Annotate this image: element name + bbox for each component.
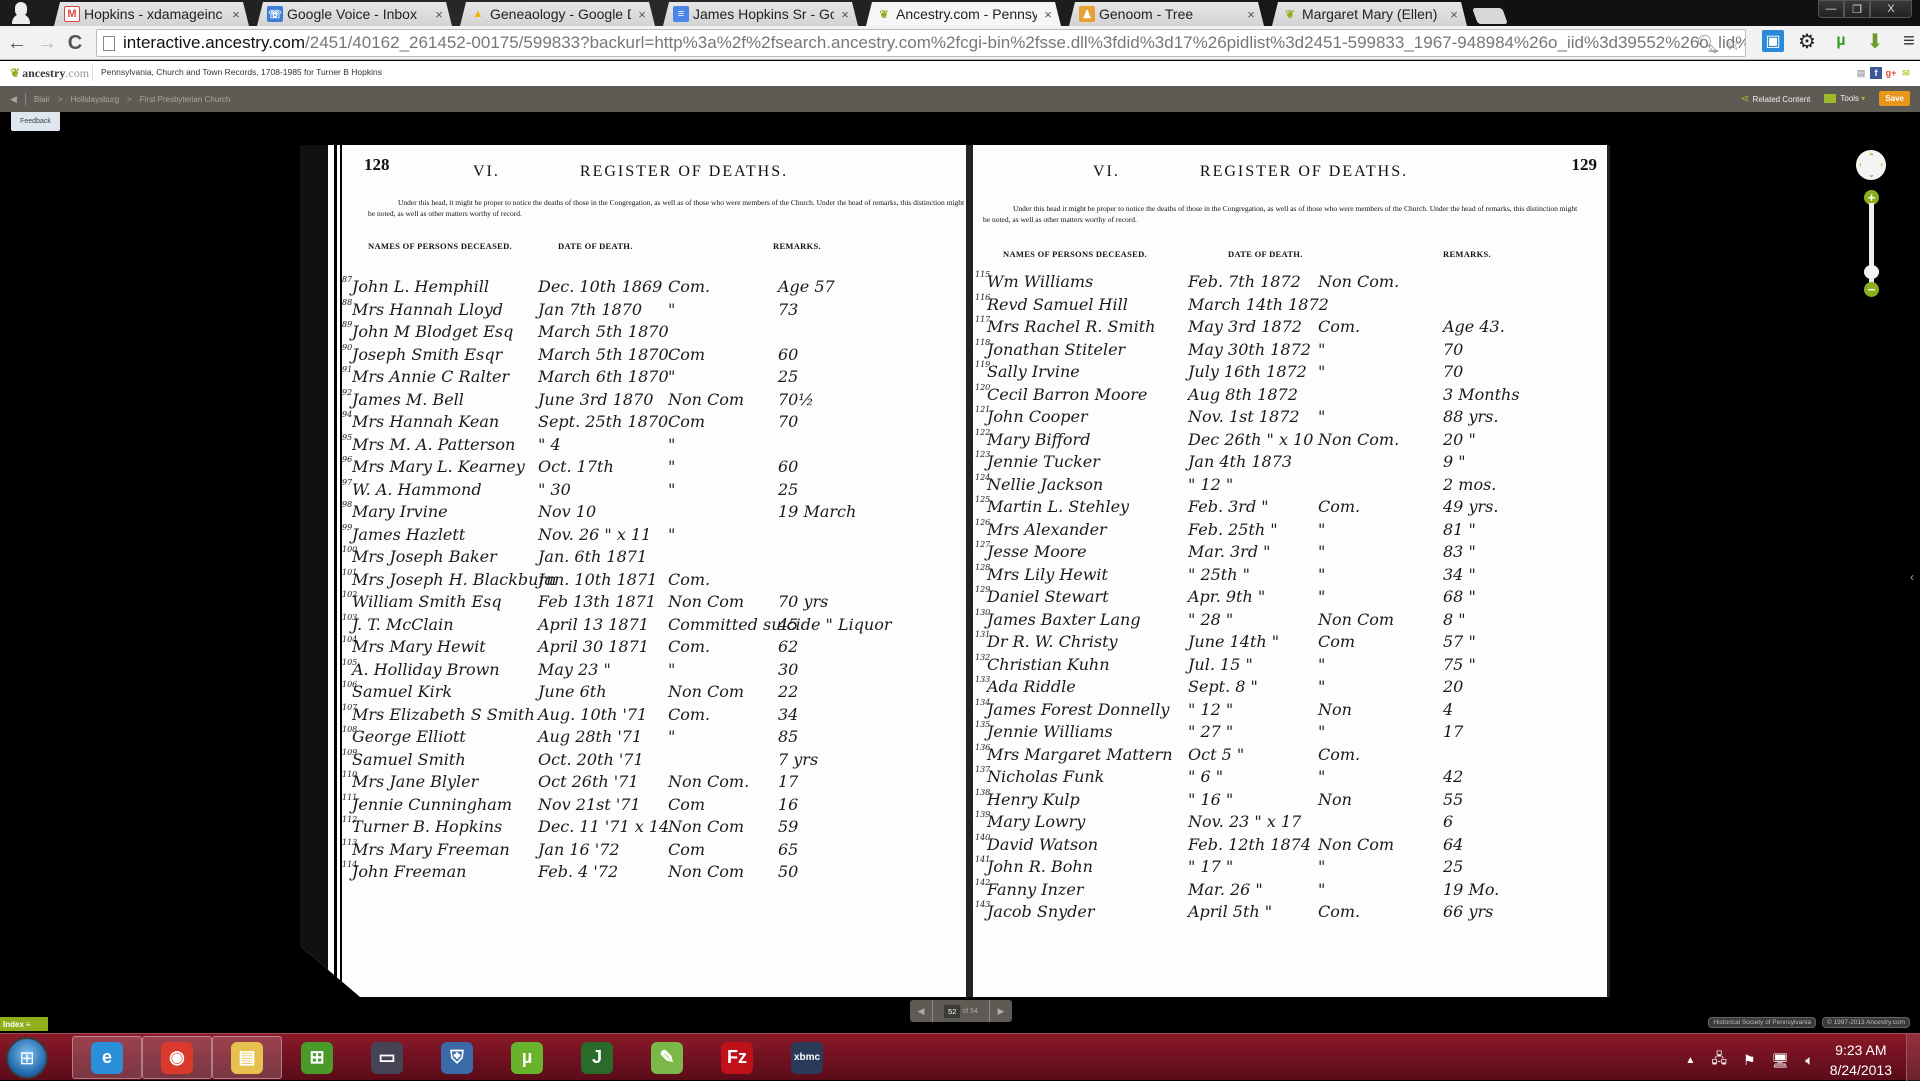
page-number: 128	[364, 155, 390, 175]
url-path: /2451/40162_261452-00175/599833?backurl=…	[305, 33, 1745, 53]
age: 30	[778, 660, 798, 679]
age: 70	[1443, 362, 1463, 381]
date-of-death: Nov 10	[538, 502, 596, 521]
date-of-death: Aug. 10th '71	[538, 705, 647, 724]
tab-title: Genoom - Tree	[1099, 6, 1240, 22]
restore-button[interactable]: ❐	[1844, 0, 1870, 18]
register-entry: 103J. T. McClainApril 13 1871Committed s…	[328, 613, 968, 636]
file-explorer-icon: ▤	[231, 1042, 263, 1074]
register-entry: 92James M. BellJune 3rd 1870Non Com70½	[328, 388, 968, 411]
close-tab-icon[interactable]: ×	[635, 7, 649, 22]
facebook-icon[interactable]: f	[1870, 67, 1882, 79]
deceased-name: Mrs Rachel R. Smith	[987, 317, 1155, 336]
copyright-credit[interactable]: © 1997-2013 Ancestry.com	[1822, 1017, 1910, 1028]
breadcrumb-hollidaysburg[interactable]: Hollidaysburg	[71, 95, 119, 104]
back-button[interactable]: ←	[6, 32, 28, 54]
remark: "	[1318, 767, 1325, 786]
age: 57 "	[1443, 632, 1476, 651]
entry-number: 95	[342, 433, 352, 442]
zoom-out-button[interactable]: −	[1864, 282, 1879, 297]
google-plus-icon[interactable]: g+	[1885, 67, 1897, 79]
deceased-name: Mrs Alexander	[987, 520, 1107, 539]
remark: "	[1318, 542, 1325, 561]
ancestry-logo[interactable]: ❦ ancestry .com	[10, 66, 89, 81]
email-icon[interactable]: ✉	[1900, 67, 1912, 79]
age: 25	[778, 480, 798, 499]
taskbar-xbmc[interactable]: xbmc	[772, 1036, 842, 1079]
entry-number: 89	[342, 320, 352, 329]
register-entry: 135Jennie Williams" 27 ""17	[973, 720, 1607, 743]
age: 19 Mo.	[1443, 880, 1499, 899]
age: 42	[1443, 767, 1463, 786]
taskbar-notepad-plus-plus[interactable]: ✎	[632, 1036, 702, 1079]
pan-right-icon[interactable]: ›	[1880, 160, 1883, 169]
date-of-death: May 3rd 1872	[1188, 317, 1302, 336]
clock-time: 9:23 AM	[1830, 1040, 1892, 1060]
deceased-name: John L. Hemphill	[352, 277, 489, 296]
clock-date: 8/24/2013	[1830, 1060, 1892, 1080]
index-button[interactable]: Index≡	[0, 1017, 48, 1031]
deceased-name: Henry Kulp	[987, 790, 1080, 809]
print-icon[interactable]: ▤	[1855, 67, 1867, 79]
windows-security-icon: ⛨	[441, 1042, 473, 1074]
entry-number: 97	[342, 478, 352, 487]
age: 59	[778, 817, 798, 836]
entry-number: 88	[342, 298, 352, 307]
tools-button[interactable]: Tools ▾	[1824, 94, 1865, 103]
register-entry: 113Mrs Mary FreemanJan 16 '72Com65	[328, 838, 968, 861]
taskbar-file-explorer[interactable]: ▤	[212, 1036, 282, 1079]
age: 70 yrs	[778, 592, 828, 611]
date-of-death: Feb. 7th 1872	[1188, 272, 1301, 291]
tab-title: Geneaology - Google Drive	[490, 6, 631, 22]
minimize-button[interactable]: —	[1818, 0, 1844, 18]
address-bar[interactable]: interactive.ancestry.com /2451/40162_261…	[96, 29, 1746, 57]
left-page: 128 VI.REGISTER OF DEATHS. Under this he…	[300, 145, 968, 997]
next-image-button[interactable]: ▶	[990, 1000, 1012, 1022]
image-tools-icon	[1824, 94, 1836, 103]
tab-title: Google Voice - Inbox	[287, 6, 428, 22]
related-content-button[interactable]: ⋖Related Content	[1740, 92, 1810, 105]
pan-left-icon[interactable]: ‹	[1859, 160, 1862, 169]
deceased-name: Mrs Joseph H. Blackburn	[352, 570, 556, 589]
current-image-input[interactable]: 52	[944, 1005, 960, 1018]
deceased-name: Joseph Smith Esqr	[352, 345, 502, 364]
date-of-death: April 13 1871	[538, 615, 649, 634]
close-tab-icon[interactable]: ×	[1041, 7, 1055, 22]
register-entry: 108George ElliottAug 28th '71"85	[328, 725, 968, 748]
column-header-remarks: REMARKS.	[773, 241, 821, 251]
tab-google-docs[interactable]: ≡ James Hopkins Sr - Google Docs ×	[663, 2, 858, 26]
date-of-death: Nov. 1st 1872	[1188, 407, 1300, 426]
remark: "	[668, 435, 675, 454]
utorrent-extension-icon[interactable]: µ	[1830, 30, 1852, 52]
deceased-name: Jennie Tucker	[987, 452, 1100, 471]
tab-title: James Hopkins Sr - Google Docs	[693, 6, 834, 22]
date-of-death: June 14th "	[1188, 632, 1279, 651]
browser-toolbar: ← → C interactive.ancestry.com /2451/401…	[0, 26, 1920, 60]
system-tray: ▲ 🖧︎ ⚑ 🖥︎ 🔈︎ 9:23 AM 8/24/2013	[1685, 1040, 1892, 1080]
image-extension-icon[interactable]: ▣	[1762, 30, 1784, 52]
ancestry-header: ❦ ancestry .com Pennsylvania, Church and…	[0, 61, 1920, 86]
date-of-death: Apr. 9th "	[1188, 587, 1265, 606]
remark: Non Com.	[1318, 272, 1399, 291]
deceased-name: John Cooper	[987, 407, 1088, 426]
bookmark-star-icon[interactable]: ☆	[1725, 34, 1741, 55]
deceased-name: John R. Bohn	[987, 857, 1093, 876]
date-of-death: " 12 "	[1188, 700, 1233, 719]
breadcrumb-bar: ◀ Blair > Hollidaysburg > First Presbyte…	[0, 86, 1920, 112]
remark: Non Com	[668, 817, 744, 836]
register-entry: 142Fanny InzerMar. 26 ""19 Mo.	[973, 878, 1607, 901]
menu-icon: ≡	[26, 1020, 31, 1029]
settings-gear-icon[interactable]: ⚙	[1796, 30, 1818, 52]
register-entry: 98Mary IrvineNov 1019 March	[328, 500, 968, 523]
pan-down-icon[interactable]: ⌄	[1868, 170, 1875, 179]
deceased-name: Mary Irvine	[352, 502, 448, 521]
date-of-death: Feb. 12th 1874	[1188, 835, 1311, 854]
date-of-death: June 3rd 1870	[538, 390, 653, 409]
deceased-name: James Hazlett	[352, 525, 465, 544]
register-entry: 120Cecil Barron MooreAug 8th 18723 Month…	[973, 383, 1607, 406]
pan-control[interactable]: ⌃ ‹ › ⌄	[1856, 150, 1886, 180]
deceased-name: Mrs Jane Blyler	[352, 772, 478, 791]
deceased-name: John Freeman	[352, 862, 466, 881]
register-entry: 111Jennie CunninghamNov 21st '71Com16	[328, 793, 968, 816]
remark: "	[1318, 407, 1325, 426]
register-entry: 122Mary BiffordDec 26th " x 10Non Com.20…	[973, 428, 1607, 451]
remark: Com.	[668, 637, 710, 656]
entry-number: 99	[342, 523, 352, 532]
date-of-death: April 5th "	[1188, 902, 1272, 921]
date-of-death: March 5th 1870	[538, 345, 669, 364]
register-entry: 114John FreemanFeb. 4 '72Non Com50	[328, 860, 968, 883]
tab-genoom[interactable]: ♟ Genoom - Tree ×	[1069, 2, 1264, 26]
page-title: VI.REGISTER OF DEATHS.	[473, 163, 788, 181]
date-of-death: " 6 "	[1188, 767, 1223, 786]
remark: Com	[668, 345, 705, 364]
breadcrumb-first-presbyterian[interactable]: First Presbyterian Church	[140, 95, 231, 104]
chrome-icon: ◉	[161, 1042, 193, 1074]
register-entry: 125Martin L. StehleyFeb. 3rd "Com.49 yrs…	[973, 495, 1607, 518]
windows-media-center-icon: ⊞	[301, 1042, 333, 1074]
right-entries: 115Wm WilliamsFeb. 7th 1872Non Com.116Re…	[973, 270, 1607, 923]
clock[interactable]: 9:23 AM 8/24/2013	[1830, 1040, 1892, 1080]
viewer-actions: ⋖Related Content Tools ▾ Save	[1740, 91, 1910, 106]
deceased-name: Martin L. Stehley	[987, 497, 1129, 516]
age: 88 yrs.	[1443, 407, 1498, 426]
register-entry: 128Mrs Lily Hewit" 25th ""34 "	[973, 563, 1607, 586]
register-entry: 132Christian KuhnJul. 15 ""75 "	[973, 653, 1607, 676]
remark: Com	[668, 412, 705, 431]
register-entry: 109Samuel SmithOct. 20th '717 yrs	[328, 748, 968, 771]
register-entry: 138Henry Kulp" 16 "Non55	[973, 788, 1607, 811]
deceased-name: Jonathan Stiteler	[987, 340, 1125, 359]
register-image[interactable]: 128 VI.REGISTER OF DEATHS. Under this he…	[300, 145, 1610, 997]
age: 20 "	[1443, 430, 1476, 449]
register-entry: 110Mrs Jane BlylerOct 26th '71Non Com.17	[328, 770, 968, 793]
close-window-button[interactable]: X	[1870, 0, 1912, 18]
jdownloader-icon: J	[581, 1042, 613, 1074]
remark: "	[668, 480, 675, 499]
remark: "	[668, 300, 675, 319]
deceased-name: Dr R. W. Christy	[987, 632, 1118, 651]
deceased-name: Jesse Moore	[987, 542, 1087, 561]
deceased-name: Cecil Barron Moore	[987, 385, 1147, 404]
tab-ancestry[interactable]: ❦ Ancestry.com - Pennsylvania ×	[866, 2, 1061, 26]
internet-explorer-icon: e	[91, 1042, 123, 1074]
side-panel-toggle-icon[interactable]: ‹	[1910, 570, 1914, 584]
age: 17	[1443, 722, 1463, 741]
remark: "	[1318, 655, 1325, 674]
register-entry: 119Sally IrvineJuly 16th 1872"70	[973, 360, 1607, 383]
page-icon	[103, 36, 115, 51]
age: 7 yrs	[778, 750, 818, 769]
remark: "	[668, 367, 675, 386]
zoom-slider-handle[interactable]	[1864, 265, 1879, 279]
age: 49 yrs.	[1443, 497, 1498, 516]
age: 81 "	[1443, 520, 1476, 539]
close-tab-icon[interactable]: ×	[1447, 7, 1461, 22]
url-host: interactive.ancestry.com	[123, 33, 305, 53]
entry-number: 94	[342, 410, 352, 419]
deceased-name: Jennie Cunningham	[352, 795, 512, 814]
register-entry: 136Mrs Margaret MatternOct 5 "Com.	[973, 743, 1607, 766]
breadcrumb-blair[interactable]: Blair	[34, 95, 50, 104]
date-of-death: " 17 "	[1188, 857, 1233, 876]
remark: Com	[1318, 632, 1355, 651]
register-entry: 139Mary LowryNov. 23 " x 176	[973, 810, 1607, 833]
column-header-name: NAMES OF PERSONS DECEASED.	[1003, 249, 1147, 259]
deceased-name: David Watson	[987, 835, 1098, 854]
register-entry: 137Nicholas Funk" 6 ""42	[973, 765, 1607, 788]
remark: "	[1318, 340, 1325, 359]
date-of-death: Feb. 25th "	[1188, 520, 1278, 539]
taskbar-internet-explorer[interactable]: e	[72, 1036, 142, 1079]
date-of-death: " 28 "	[1188, 610, 1233, 629]
network-adapter-icon[interactable]: 🖧︎	[1711, 1048, 1727, 1072]
age: 66 yrs	[1443, 902, 1493, 921]
remark: Com.	[668, 705, 710, 724]
deceased-name: George Elliott	[352, 727, 466, 746]
reload-button[interactable]: C	[64, 32, 86, 54]
close-tab-icon[interactable]: ×	[229, 7, 243, 22]
deceased-name: Nicholas Funk	[987, 767, 1104, 786]
pan-up-icon[interactable]: ⌃	[1868, 152, 1875, 161]
page-title: VI.REGISTER OF DEATHS.	[1093, 163, 1408, 181]
tab-title: Ancestry.com - Pennsylvania	[896, 6, 1037, 22]
deceased-name: Jacob Snyder	[987, 902, 1095, 921]
deceased-name: James Baxter Lang	[987, 610, 1141, 629]
show-desktop-button[interactable]	[1906, 1034, 1920, 1080]
feedback-button[interactable]: Feedback	[11, 112, 60, 131]
date-of-death: Oct. 20th '71	[538, 750, 644, 769]
date-of-death: May 30th 1872	[1188, 340, 1311, 359]
ancestry-icon: ❦	[1282, 6, 1298, 22]
remark: Com	[668, 840, 705, 859]
age: 64	[1443, 835, 1463, 854]
register-entry: 130James Baxter Lang" 28 "Non Com8 "	[973, 608, 1607, 631]
chrome-menu-icon[interactable]: ≡	[1898, 30, 1920, 52]
download-extension-icon[interactable]: ⬇	[1864, 30, 1886, 52]
source-credit[interactable]: Historical Society of Pennsylvania	[1708, 1017, 1816, 1028]
tab-google-voice[interactable]: ☏ Google Voice - Inbox ×	[257, 2, 452, 26]
age: 60	[778, 457, 798, 476]
ancestry-icon: ❦	[876, 6, 892, 22]
remark: Non Com.	[1318, 430, 1399, 449]
register-entry: 100Mrs Joseph BakerJan. 6th 1871	[328, 545, 968, 568]
remark: Non Com	[1318, 610, 1394, 629]
taskbar-utorrent[interactable]: µ	[492, 1036, 562, 1079]
register-entry: 106Samuel KirkJune 6thNon Com22	[328, 680, 968, 703]
taskbar-jdownloader[interactable]: J	[562, 1036, 632, 1079]
taskbar-chrome[interactable]: ◉	[142, 1036, 212, 1079]
deceased-name: Mrs M. A. Patterson	[352, 435, 515, 454]
start-button[interactable]: ⊞	[6, 1037, 48, 1079]
tab-google-drive[interactable]: ▲ Geneaology - Google Drive ×	[460, 2, 655, 26]
breadcrumb: ◀ Blair > Hollidaysburg > First Presbyte…	[10, 93, 230, 105]
volume-icon[interactable]: 🔈︎	[1805, 1052, 1813, 1069]
remark: "	[1318, 857, 1325, 876]
deceased-name: Mrs Margaret Mattern	[987, 745, 1173, 764]
age: 9 "	[1443, 452, 1466, 471]
age: 70	[778, 412, 798, 431]
profile-avatar-icon[interactable]	[10, 2, 32, 24]
deceased-name: W. A. Hammond	[352, 480, 482, 499]
remark: "	[1318, 880, 1325, 899]
date-of-death: Jul. 15 "	[1188, 655, 1253, 674]
age: 83 "	[1443, 542, 1476, 561]
remark: "	[668, 727, 675, 746]
date-of-death: " 16 "	[1188, 790, 1233, 809]
save-button[interactable]: Save	[1879, 91, 1910, 106]
divider	[25, 93, 26, 105]
age: 20	[1443, 677, 1463, 696]
date-of-death: Feb 13th 1871	[538, 592, 656, 611]
forward-button[interactable]: →	[36, 32, 58, 54]
date-of-death: Oct 26th '71	[538, 772, 639, 791]
date-of-death: Nov 21st '71	[538, 795, 641, 814]
taskbar-remote-desktop[interactable]: ▭	[352, 1036, 422, 1079]
deceased-name: Mrs Mary L. Kearney	[352, 457, 525, 476]
column-header-date: DATE OF DEATH.	[558, 241, 633, 251]
deceased-name: Sally Irvine	[987, 362, 1080, 381]
deceased-name: James Forest Donnelly	[987, 700, 1169, 719]
entry-number: 96	[342, 455, 352, 464]
remark: "	[1318, 565, 1325, 584]
remark: Non Com	[668, 862, 744, 881]
date-of-death: Nov. 26 " x 11	[538, 525, 651, 544]
breadcrumb-separator: >	[58, 95, 63, 104]
deceased-name: Turner B. Hopkins	[352, 817, 502, 836]
deceased-name: Samuel Smith	[352, 750, 466, 769]
tab-margaret-mary[interactable]: ❦ Margaret Mary (Ellen) ×	[1272, 2, 1467, 26]
close-tab-icon[interactable]: ×	[1244, 7, 1258, 22]
age: 34 "	[1443, 565, 1476, 584]
taskbar-windows-media-center[interactable]: ⊞	[282, 1036, 352, 1079]
previous-image-button[interactable]: ◀	[910, 1000, 932, 1022]
taskbar-filezilla[interactable]: Fz	[702, 1036, 772, 1079]
action-center-flag-icon[interactable]: ⚑	[1743, 1052, 1756, 1069]
new-tab-button[interactable]	[1472, 8, 1508, 24]
left-entries: 87John L. HemphillDec. 10th 1869Com.Age …	[328, 275, 968, 883]
header-divider	[92, 65, 93, 81]
date-of-death: " 4	[538, 435, 561, 454]
remark: "	[668, 525, 675, 544]
deceased-name: Revd Samuel Hill	[987, 295, 1128, 314]
close-tab-icon[interactable]: ×	[838, 7, 852, 22]
remark: Com.	[668, 570, 710, 589]
deceased-name: Mrs Annie C Ralter	[352, 367, 509, 386]
taskbar-apps: e◉▤⊞▭⛨µJ✎Fzxbmc	[72, 1036, 842, 1079]
age: 70	[1443, 340, 1463, 359]
age: 17	[778, 772, 798, 791]
share-icons: ▤ f g+ ✉	[1855, 67, 1912, 79]
search-zoom-icon[interactable]: 🔍︎	[1696, 34, 1719, 55]
deceased-name: Mary Lowry	[987, 812, 1085, 831]
utorrent-icon: µ	[511, 1042, 543, 1074]
register-entry: 131Dr R. W. ChristyJune 14th "Com57 "	[973, 630, 1607, 653]
register-entry: 123Jennie TuckerJan 4th 18739 "	[973, 450, 1607, 473]
remark: "	[1318, 362, 1325, 381]
tab-gmail[interactable]: M Hopkins - xdamageinc ×	[54, 2, 249, 26]
breadcrumb-separator: >	[127, 95, 132, 104]
remote-desktop-icon: ▭	[371, 1042, 403, 1074]
age: 3 Months	[1443, 385, 1520, 404]
age: 34	[778, 705, 798, 724]
taskbar-windows-security[interactable]: ⛨	[422, 1036, 492, 1079]
remark: Non Com	[668, 592, 744, 611]
deceased-name: Mrs Mary Freeman	[352, 840, 510, 859]
register-entry: 102William Smith EsqFeb 13th 1871Non Com…	[328, 590, 968, 613]
chevron-down-icon: ▾	[1861, 94, 1865, 103]
tab-title: Hopkins - xdamageinc	[84, 6, 225, 22]
age: 60	[778, 345, 798, 364]
register-entry: 117Mrs Rachel R. SmithMay 3rd 1872Com.Ag…	[973, 315, 1607, 338]
register-entry: 105A. Holliday BrownMay 23 ""30	[328, 658, 968, 681]
column-header-date: DATE OF DEATH.	[1228, 249, 1303, 259]
page-intro: Under this head it might be proper to no…	[983, 203, 1583, 225]
close-tab-icon[interactable]: ×	[432, 7, 446, 22]
age: 50	[778, 862, 798, 881]
register-entry: 124Nellie Jackson" 12 "2 mos.	[973, 473, 1607, 496]
deceased-name: Wm Williams	[987, 272, 1093, 291]
genoom-icon: ♟	[1079, 6, 1095, 22]
register-entry: 143Jacob SnyderApril 5th "Com.66 yrs	[973, 900, 1607, 923]
back-arrow-icon[interactable]: ◀	[10, 94, 17, 105]
network-icon[interactable]: 🖥︎	[1772, 1052, 1790, 1069]
notepad-plus-plus-icon: ✎	[651, 1042, 683, 1074]
deceased-name: Mary Bifford	[987, 430, 1090, 449]
deceased-name: J. T. McClain	[352, 615, 454, 634]
age: 16	[778, 795, 798, 814]
column-header-name: NAMES OF PERSONS DECEASED.	[368, 241, 512, 251]
register-entry: 87John L. HemphillDec. 10th 1869Com.Age …	[328, 275, 968, 298]
date-of-death: Nov. 23 " x 17	[1188, 812, 1301, 831]
register-entry: 101Mrs Joseph H. BlackburnJan. 10th 1871…	[328, 568, 968, 591]
remark: Com.	[1318, 497, 1360, 516]
window-controls: — ❐ X	[1818, 0, 1912, 18]
register-entry: 127Jesse MooreMar. 3rd ""83 "	[973, 540, 1607, 563]
remark: "	[668, 457, 675, 476]
register-entry: 118Jonathan StitelerMay 30th 1872"70	[973, 338, 1607, 361]
age: Age 43.	[1443, 317, 1505, 336]
remark: Non Com	[668, 390, 744, 409]
age: 70½	[778, 390, 814, 409]
deceased-name: Mrs Hannah Kean	[352, 412, 499, 431]
show-hidden-icons[interactable]: ▲	[1685, 1055, 1695, 1066]
date-of-death: Jan. 10th 1871	[538, 570, 657, 589]
